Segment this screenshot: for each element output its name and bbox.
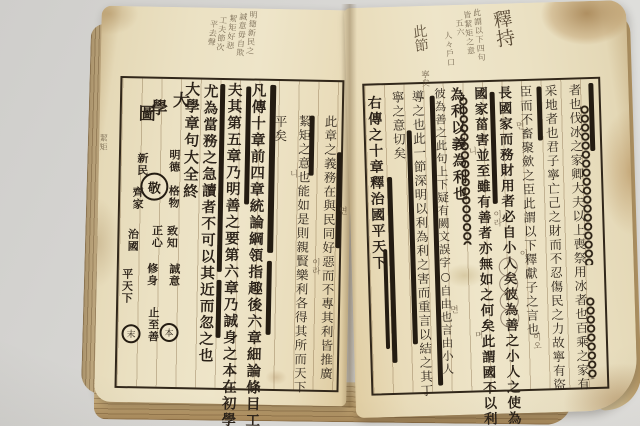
- gugyeol-gloss: 면: [514, 121, 523, 130]
- diagram-node: 致知: [166, 225, 177, 249]
- gugyeol-gloss: 이라: [492, 210, 501, 227]
- gugyeol-gloss: 이: [518, 249, 527, 258]
- diagram-node: 新民: [137, 152, 148, 176]
- diagram-node: 明德: [169, 149, 180, 173]
- right-page: 者也伐冰之家卿大夫以上喪祭用冰者也百乘之家有 采地者也君子寧亡己之財而不忍傷民之…: [344, 0, 638, 418]
- diagram-title-char: 圖: [136, 104, 153, 121]
- gugyeol-gloss: 이라: [311, 258, 320, 275]
- gugyeol-gloss: 면: [449, 305, 458, 314]
- text-column: 為利以義為利也: [448, 87, 466, 203]
- text-column: 平矣: [273, 115, 286, 143]
- diagram-node: 齊家: [132, 186, 143, 210]
- gugyeol-gloss: 니: [289, 169, 298, 178]
- diagram-node: 平天下: [121, 268, 133, 304]
- handwritten-annotation: 人々戶口: [443, 31, 455, 68]
- handwritten-annotation: 五六: [455, 18, 465, 37]
- gugyeol-gloss: 이오: [532, 333, 541, 350]
- gugyeol-gloss: 寧矣: [420, 70, 429, 87]
- diagram-node: 治國: [127, 228, 138, 252]
- diagram-title-char: 大: [170, 91, 187, 108]
- diagram-node: 修身: [146, 263, 157, 287]
- diagram-node: 正心: [151, 225, 162, 249]
- handwritten-annotation: 此節: [411, 23, 428, 52]
- handwritten-annotation: 釋持: [490, 8, 515, 48]
- binding-gutter-crease: [341, 4, 357, 408]
- diagram-node: 止至善: [147, 307, 159, 343]
- gugyeol-gloss: 니: [467, 146, 476, 155]
- text-column: 寧之意切矣: [390, 91, 405, 161]
- diagram-node: 格物: [168, 185, 179, 209]
- photo-of-open-book: 此章之義務在與民同好惡而不專其利皆推廣 絜矩之意也能如是則親賢樂利各得其所而天下…: [0, 0, 640, 426]
- handwritten-margin-note: 絜矩: [99, 134, 107, 152]
- left-page: 此章之義務在與民同好惡而不專其利皆推廣 絜矩之意也能如是則親賢樂利各得其所而天下…: [94, 6, 354, 407]
- gugyeol-gloss: 며: [474, 330, 483, 339]
- diagram-node: 誠意: [168, 263, 179, 287]
